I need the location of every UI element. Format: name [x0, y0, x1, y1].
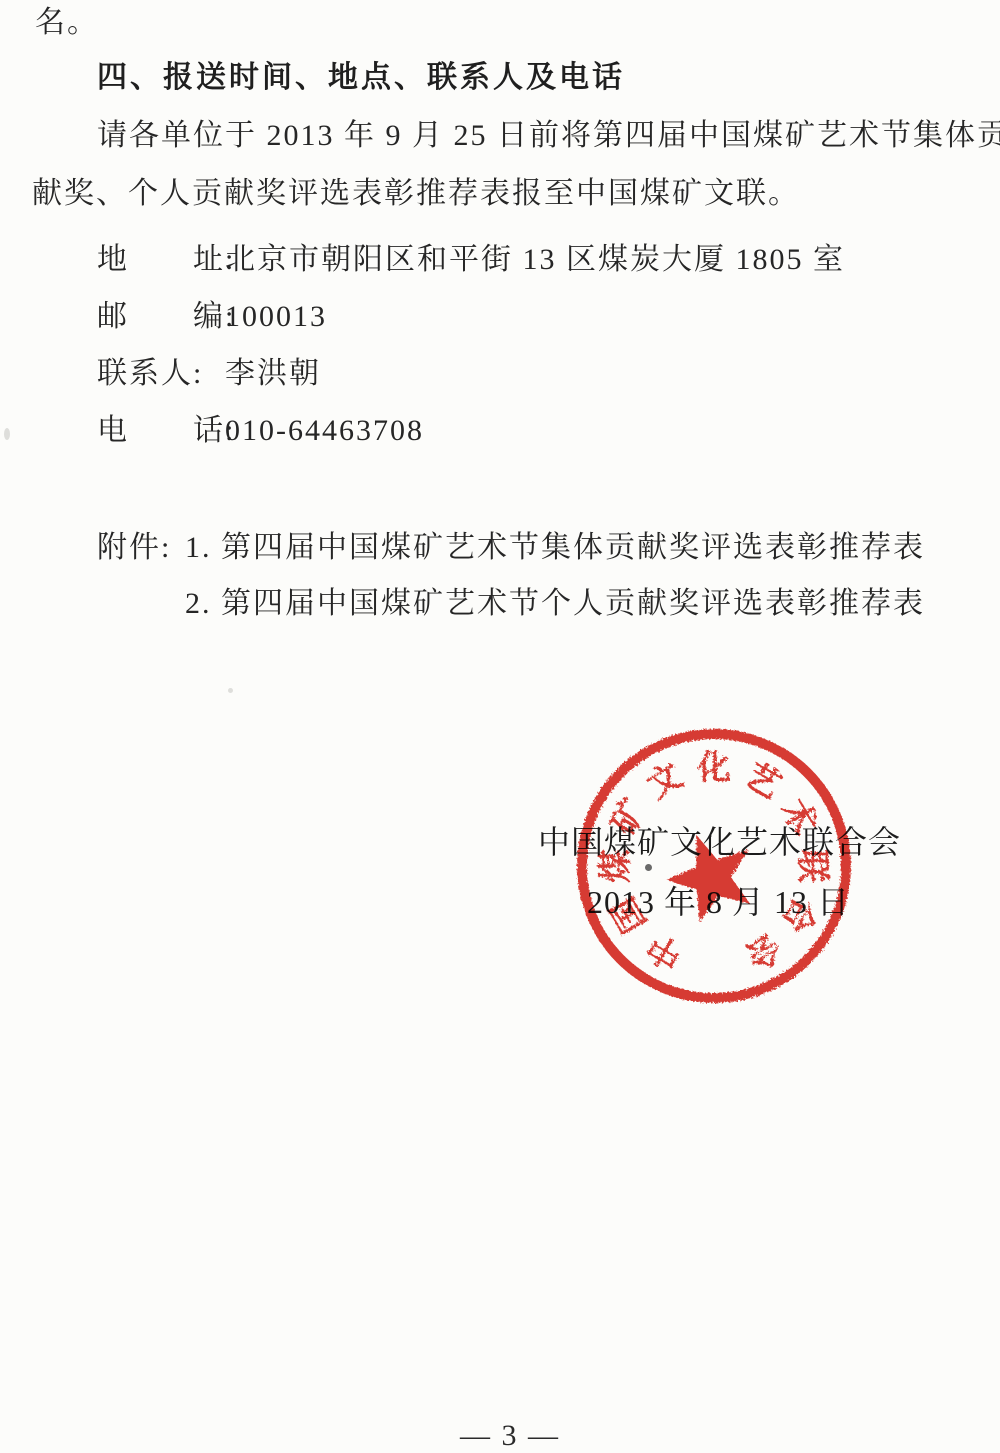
- attachments-label: 附件:: [97, 528, 185, 568]
- contact-person-value: 李洪朝: [225, 354, 321, 394]
- phone-line: 电 话: 010-64463708: [97, 411, 424, 451]
- attachment-line-2: 2. 第四届中国煤矿艺术节个人贡献奖评选表彰推荐表: [185, 584, 925, 624]
- svg-text:合: 合: [774, 891, 824, 939]
- phone-value: 010-64463708: [225, 411, 424, 451]
- svg-text:国: 国: [604, 891, 654, 939]
- svg-text:会: 会: [739, 926, 787, 976]
- body-paragraph-line-1: 请各单位于 2013 年 9 月 25 日前将第四届中国煤矿艺术节集体贡: [97, 116, 1000, 156]
- official-red-seal: 中国煤矿文化艺术联合会: [564, 716, 864, 1016]
- attachment-item-1: 1. 第四届中国煤矿艺术节集体贡献奖评选表彰推荐表: [185, 528, 925, 568]
- svg-text:中: 中: [641, 926, 689, 976]
- address-value: 北京市朝阳区和平街 13 区煤炭大厦 1805 室: [225, 240, 845, 280]
- postcode-label: 邮 编:: [97, 297, 225, 337]
- page-number: — 3 —: [460, 1416, 560, 1453]
- svg-text:矿: 矿: [604, 793, 654, 841]
- address-line: 地 址: 北京市朝阳区和平街 13 区煤炭大厦 1805 室: [97, 240, 845, 280]
- svg-text:文: 文: [641, 756, 689, 806]
- postcode-line: 邮 编: 100013: [97, 297, 327, 337]
- seal-star-icon: [666, 835, 750, 922]
- attachment-line-1: 附件: 1. 第四届中国煤矿艺术节集体贡献奖评选表彰推荐表: [97, 528, 925, 568]
- svg-text:联: 联: [793, 849, 831, 883]
- svg-text:煤: 煤: [597, 849, 635, 884]
- svg-text:艺: 艺: [739, 756, 787, 806]
- scan-speck: [4, 428, 10, 440]
- section-heading: 四、报送时间、地点、联系人及电话: [97, 58, 625, 98]
- svg-text:术: 术: [774, 793, 824, 841]
- phone-label: 电 话:: [97, 411, 225, 451]
- scan-speck: [228, 688, 233, 693]
- postcode-value: 100013: [225, 297, 327, 337]
- address-label: 地 址:: [97, 240, 225, 280]
- body-paragraph-line-2: 献奖、个人贡献奖评选表彰推荐表报至中国煤矿文联。: [32, 174, 800, 214]
- svg-text:化: 化: [696, 749, 731, 787]
- scanned-document-page: 名。 四、报送时间、地点、联系人及电话 请各单位于 2013 年 9 月 25 …: [0, 0, 1000, 1453]
- contact-person-line: 联系人: 李洪朝: [97, 354, 321, 394]
- previous-paragraph-fragment: 名。: [35, 3, 99, 43]
- contact-person-label: 联系人:: [97, 354, 225, 394]
